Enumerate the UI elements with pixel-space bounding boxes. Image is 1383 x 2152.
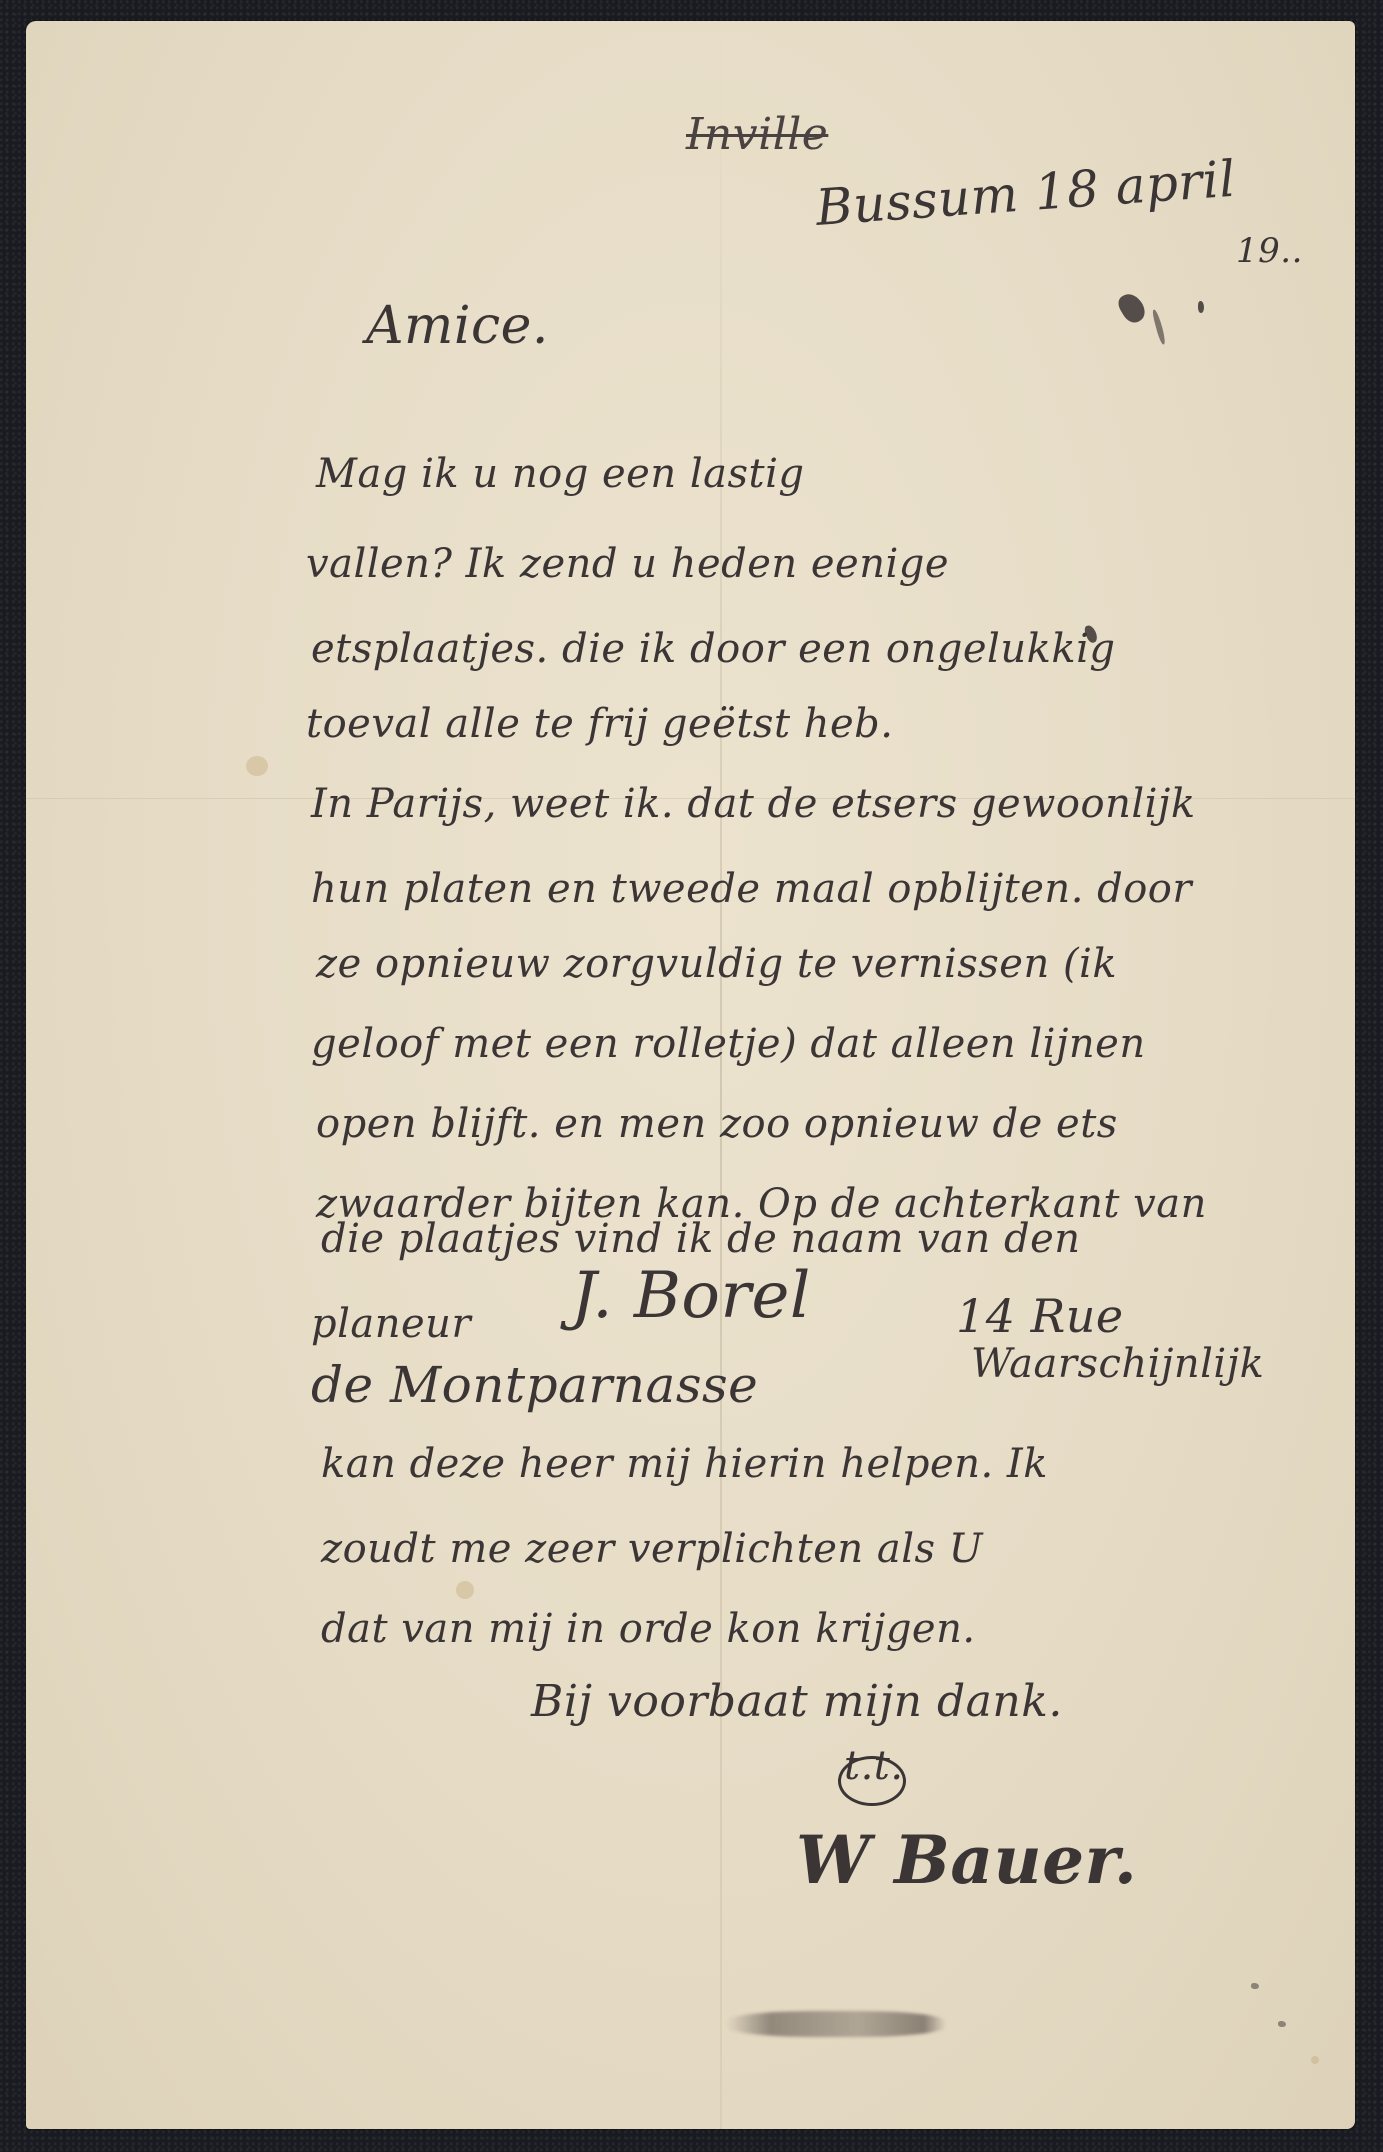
ink-blot (1115, 290, 1149, 327)
letter-line: In Parijs, weet ik. dat de etsers gewoon… (311, 781, 1196, 827)
ink-speck (1278, 2021, 1286, 2027)
closing-phrase: Bij voorbaat mijn dank. (531, 1676, 1063, 1727)
letter-line: toeval alle te frij geëtst heb. (306, 701, 894, 747)
paper-stain (456, 1581, 474, 1599)
ink-speck (1251, 1983, 1259, 1989)
salutation: Amice. (366, 296, 549, 356)
ink-blot (1151, 309, 1166, 345)
letter-paper: Inville Bussum 18 april 19.. Amice. Mag … (26, 21, 1355, 2129)
letter-line: kan deze heer mij hierin helpen. Ik (321, 1441, 1048, 1487)
paper-stain (246, 756, 268, 776)
letter-line: Mag ik u nog een lastig (316, 451, 804, 497)
vertical-fold-line (720, 21, 722, 2129)
address-street: de Montparnasse (311, 1356, 758, 1414)
letter-line: die plaatjes vind ik de naam van den (321, 1216, 1081, 1262)
ink-smudge (726, 2011, 946, 2037)
letter-line: hun platen en tweede maal opblijten. doo… (311, 866, 1192, 912)
paper-stain (1311, 2056, 1319, 2064)
letter-line: ze opnieuw zorgvuldig te vernissen (ik (316, 941, 1117, 987)
letter-line: geloof met een rolletje) dat alleen lijn… (311, 1021, 1146, 1067)
letter-line: open blijft. en men zoo opnieuw de ets (316, 1101, 1118, 1147)
signature: W Bauer. (796, 1821, 1137, 1899)
address-number: 14 Rue (956, 1289, 1124, 1343)
year: 19.. (1236, 231, 1303, 271)
letter-line: planeur (311, 1301, 471, 1347)
letter-line: dat van mij in orde kon krijgen. (321, 1606, 976, 1652)
address-name: J. Borel (571, 1259, 811, 1333)
struck-place-name: Inville (686, 109, 828, 160)
place-date: Bussum 18 april (814, 150, 1238, 237)
monogram: t.t. (844, 1743, 904, 1789)
ink-blot (1198, 301, 1204, 313)
letter-line: etsplaatjes. die ik door een ongelukkig (311, 626, 1115, 672)
letter-line: Waarschijnlijk (971, 1341, 1264, 1387)
letter-line: vallen? Ik zend u heden eenige (306, 541, 949, 587)
letter-line: zoudt me zeer verplichten als U (321, 1526, 983, 1572)
